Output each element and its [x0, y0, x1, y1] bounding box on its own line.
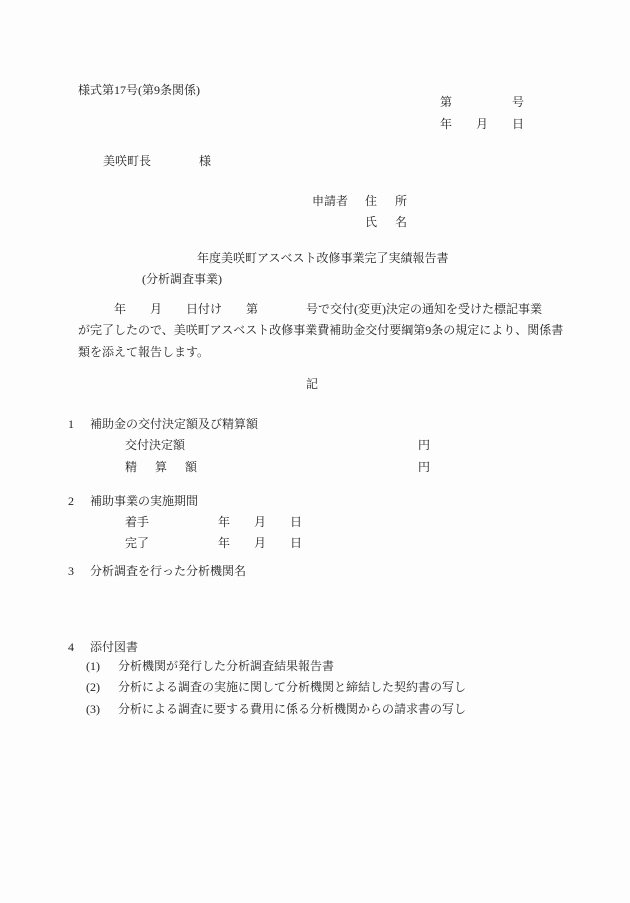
- applicant-address-label: 住 所: [365, 193, 410, 209]
- completion-date-fields: 年 月 日: [218, 535, 302, 551]
- form-number: 様式第17号(第9条関係): [78, 82, 200, 98]
- completion-date-label: 完了: [125, 535, 149, 551]
- section1-heading-row: 1 補助金の交付決定額及び精算額: [0, 416, 630, 432]
- document-title: 年度美咲町アスベスト改修事業完了実績報告書: [197, 250, 449, 266]
- document-page: 様式第17号(第9条関係) 第 号 年 月 日 美咲町長 様 申請者 住 所 氏…: [0, 0, 630, 903]
- attachment-item-3: (3) 分析による調査に要する費用に係る分析機関からの請求書の写し: [0, 701, 630, 717]
- grant-decision-amount-unit: 円: [418, 437, 430, 453]
- attachment-item-3-number: (3): [86, 701, 100, 717]
- document-subtitle: (分析調査事業): [142, 271, 222, 287]
- start-date-row: 着手 年 月 日: [0, 514, 630, 530]
- body-line-1: 年 月 日付け 第 号で交付(変更)決定の通知を受けた標記事業: [78, 301, 542, 317]
- attachment-item-2: (2) 分析による調査の実施に関して分析機関と締結した契約書の写し: [0, 679, 630, 695]
- addressee: 美咲町長 様: [103, 153, 211, 169]
- body-line-3: 類を添えて報告します。: [78, 344, 209, 360]
- applicant-name-row: 氏 名: [0, 214, 630, 230]
- attachment-item-1-number: (1): [86, 658, 100, 674]
- section4-heading-row: 4 添付図書: [0, 639, 630, 655]
- grant-decision-amount-label: 交付決定額: [125, 437, 185, 453]
- section3-number: 3: [68, 563, 74, 579]
- start-date-fields: 年 月 日: [218, 514, 302, 530]
- settlement-amount-label: 精 算 額: [125, 459, 200, 475]
- section2-number: 2: [68, 493, 74, 509]
- section4-number: 4: [68, 639, 74, 655]
- attachment-item-2-number: (2): [86, 679, 100, 695]
- attachment-item-2-text: 分析による調査の実施に関して分析機関と締結した契約書の写し: [118, 679, 466, 695]
- applicant-address-row: 申請者 住 所: [0, 193, 630, 209]
- settlement-amount-unit: 円: [418, 459, 430, 475]
- document-date-line: 年 月 日: [440, 116, 524, 132]
- body-line-2: が完了したので、美咲町アスベスト改修事業費補助金交付要綱第9条の規定により、関係…: [78, 322, 563, 338]
- document-number-line: 第 号: [440, 94, 524, 110]
- section3-heading-row: 3 分析調査を行った分析機関名: [0, 563, 630, 579]
- start-date-label: 着手: [125, 514, 149, 530]
- section3-heading: 分析調査を行った分析機関名: [90, 563, 246, 579]
- section2-heading: 補助事業の実施期間: [90, 493, 198, 509]
- section1-heading: 補助金の交付決定額及び精算額: [90, 416, 258, 432]
- settlement-amount-row: 精 算 額 円: [0, 459, 630, 475]
- completion-date-row: 完了 年 月 日: [0, 535, 630, 551]
- section1-number: 1: [68, 416, 74, 432]
- applicant-name-label: 氏 名: [365, 214, 410, 230]
- section4-heading: 添付図書: [90, 639, 138, 655]
- attachment-item-1: (1) 分析機関が発行した分析調査結果報告書: [0, 658, 630, 674]
- attachment-item-1-text: 分析機関が発行した分析調査結果報告書: [118, 658, 334, 674]
- section2-heading-row: 2 補助事業の実施期間: [0, 493, 630, 509]
- applicant-label: 申請者: [312, 193, 348, 209]
- attachment-item-3-text: 分析による調査に要する費用に係る分析機関からの請求書の写し: [118, 701, 466, 717]
- ki-marker: 記: [306, 376, 318, 392]
- grant-decision-amount-row: 交付決定額 円: [0, 437, 630, 453]
